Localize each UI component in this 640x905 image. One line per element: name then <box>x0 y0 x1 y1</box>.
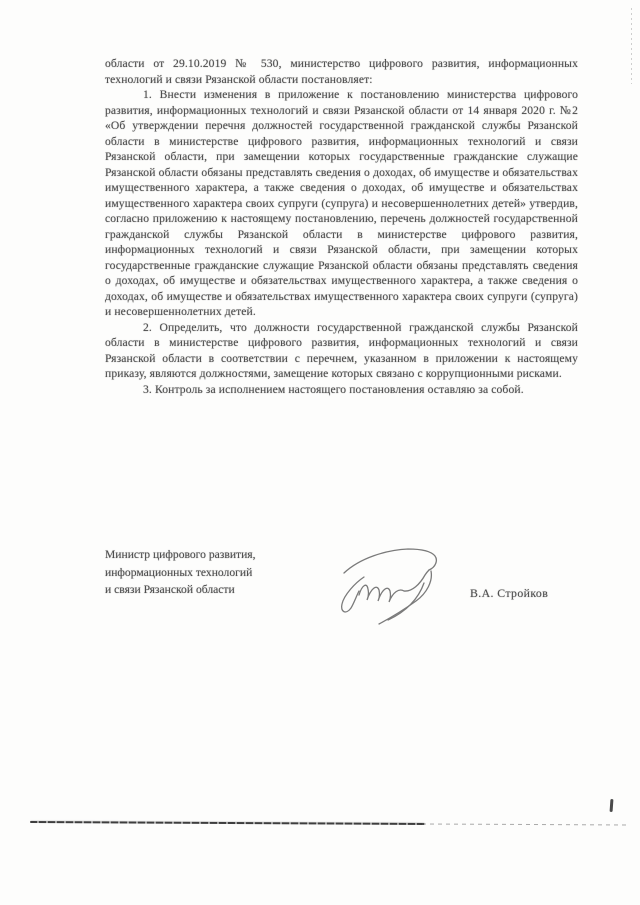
scan-artifact-dotted-vertical <box>631 8 632 84</box>
scanned-document-page: области от 29.10.2019 № 530, министерств… <box>0 0 640 905</box>
handwritten-signature-icon <box>328 541 454 635</box>
scan-artifact-line-faded <box>422 824 627 826</box>
scan-artifact-edge-mark <box>610 799 614 812</box>
signatory-position-line: Министр цифрового развития, <box>105 546 305 564</box>
signatory-position-line: информационных технологий <box>105 564 305 582</box>
document-body: области от 29.10.2019 № 530, министерств… <box>105 56 578 397</box>
scan-artifact-line <box>30 821 425 825</box>
signatory-name: В.А. Стройков <box>470 586 548 601</box>
paragraph-3: 3. Контроль за исполнением настоящего по… <box>105 382 578 398</box>
paragraph-2: 2. Определить, что должности государстве… <box>105 320 578 382</box>
continuation-paragraph: области от 29.10.2019 № 530, министерств… <box>105 56 578 87</box>
paragraph-1: 1. Внести изменения в приложение к поста… <box>105 87 578 320</box>
signatory-position-line: и связи Рязанской области <box>105 581 305 599</box>
signatory-position: Министр цифрового развития, информационн… <box>105 546 305 599</box>
